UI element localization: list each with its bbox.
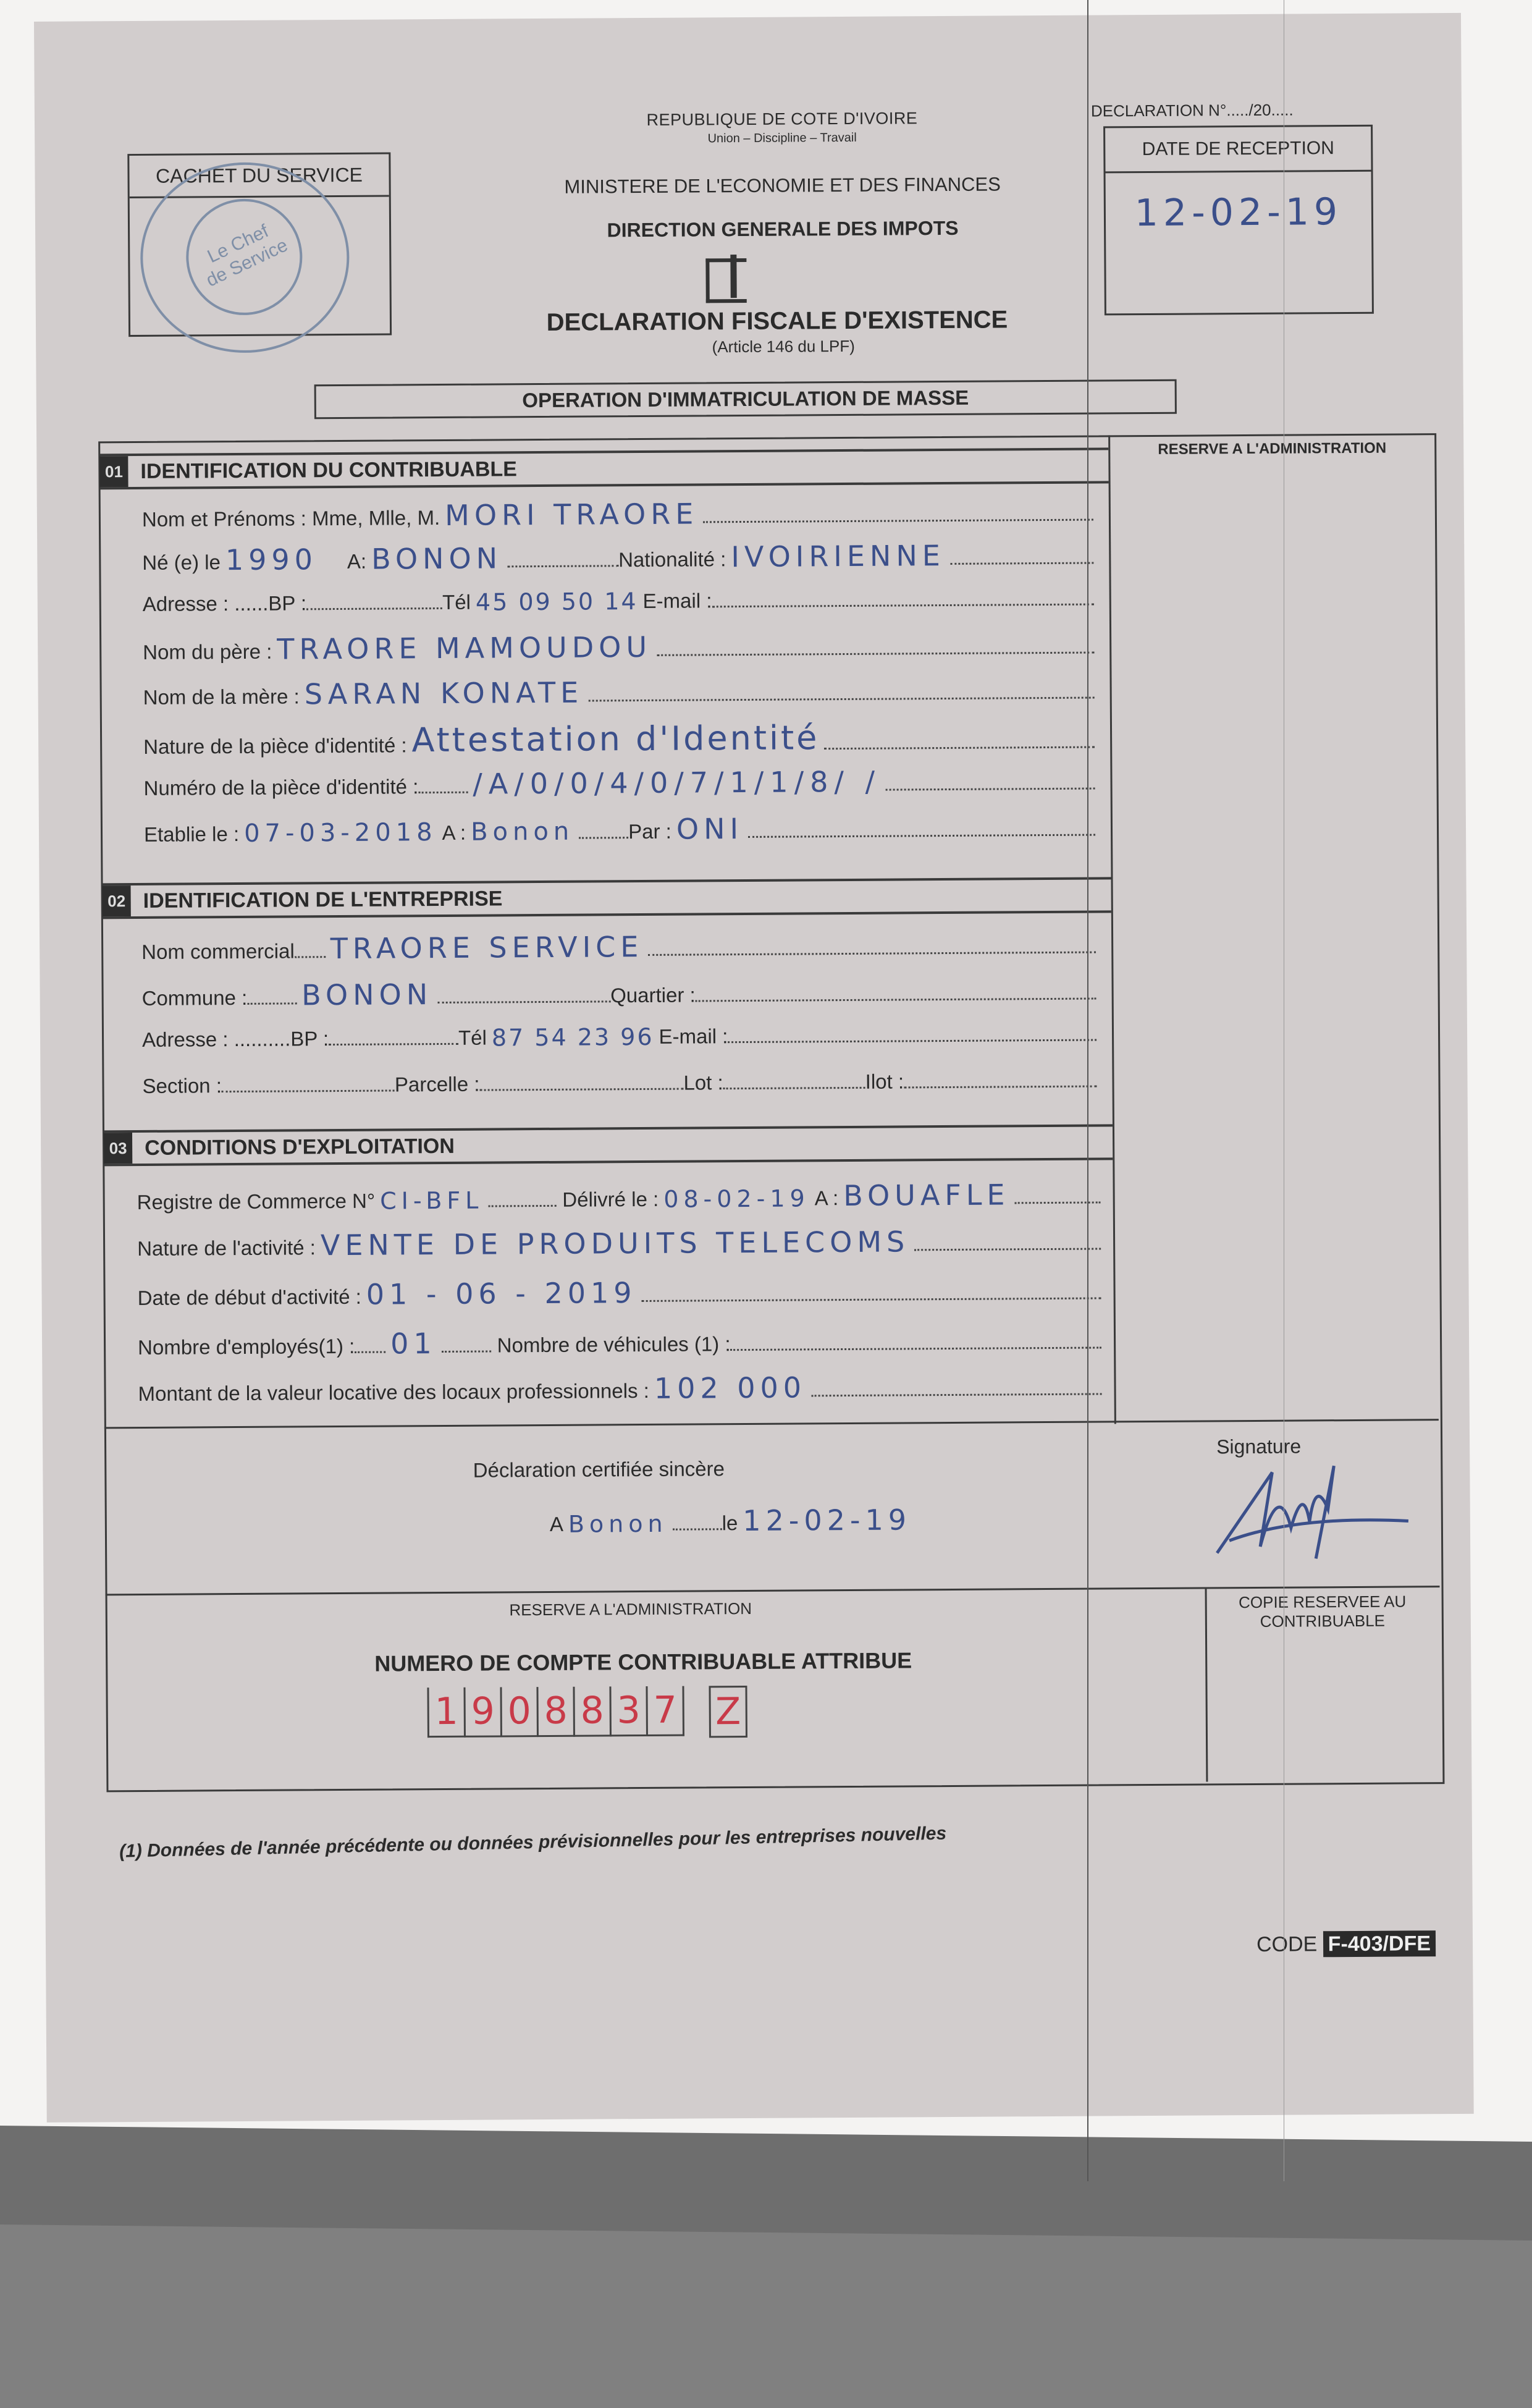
label-mere: Nom de la mère : (143, 685, 300, 709)
reception-date: 12-02-19 (1106, 190, 1371, 235)
label-commune: Commune : (142, 986, 248, 1010)
section-02-number: 02 (103, 885, 131, 916)
value-nom-commercial: TRAORE SERVICE (330, 932, 644, 963)
field-nom-prenoms[interactable]: Nom et Prénoms : Mme, Mlle, M. MORI TRAO… (142, 497, 1093, 531)
label-lieu: A: (347, 550, 366, 573)
field-employes-vehicules[interactable]: Nombre d'employés(1) : 01 Nombre de véhi… (138, 1325, 1101, 1359)
label-delivre: Délivré le : (562, 1188, 659, 1212)
value-pere: TRAORE MAMOUDOU (277, 633, 652, 664)
label-par: Par : (628, 820, 671, 843)
label-adresse: Adresse : ......BP : (143, 591, 307, 616)
label-quartier: Quartier : (610, 983, 696, 1007)
label-cert-le: le (722, 1511, 738, 1535)
section-03-header: 03 CONDITIONS D'EXPLOITATION (104, 1124, 1113, 1166)
label-etablie: Etablie le : (144, 822, 239, 847)
value-cert-a: Bonon (568, 1512, 668, 1536)
form-title: DECLARATION FISCALE D'EXISTENCE (468, 306, 1086, 337)
label-employes: Nombre d'employés(1) : (138, 1335, 355, 1359)
value-lieu: BONON (371, 544, 502, 573)
label-rc: Registre de Commerce N° (137, 1189, 376, 1214)
label-etablie-a: A : (442, 821, 466, 845)
account-digit: 8 (573, 1686, 609, 1736)
label-parcelle: Parcelle : (395, 1073, 480, 1097)
value-cert-le: 12-02-19 (743, 1505, 911, 1535)
label-activite: Nature de l'activité : (137, 1236, 316, 1261)
motto: Union – Discipline – Travail (591, 130, 974, 147)
label-tel: Tél (442, 591, 471, 614)
form-subtitle: (Article 146 du LPF) (592, 336, 975, 358)
tax-form-page: REPUBLIQUE DE COTE D'IVOIRE Union – Disc… (34, 13, 1474, 2123)
label-email: E-mail : (642, 589, 712, 613)
value-commune: BONON (301, 980, 432, 1009)
declaration-number: DECLARATION N°...../20..... (1091, 101, 1294, 121)
label-tel-entreprise: Tél (458, 1026, 487, 1050)
label-debut: Date de début d'activité : (138, 1285, 361, 1310)
reception-box: DATE DE RECEPTION 12-02-19 (1103, 125, 1374, 316)
value-delivre-a: BOUAFLE (843, 1180, 1010, 1210)
signature-icon (1204, 1453, 1427, 1578)
value-ne: 1990 (225, 545, 318, 574)
field-nom-commercial[interactable]: Nom commercial TRAORE SERVICE (141, 930, 1096, 964)
field-valeur-locative[interactable]: Montant de la valeur locative des locaux… (138, 1371, 1101, 1406)
label-ne: Né (e) le (142, 551, 221, 575)
field-pere[interactable]: Nom du père : TRAORE MAMOUDOU (143, 630, 1094, 664)
admin-reserved-side-label: RESERVE A L'ADMINISTRATION (1111, 439, 1433, 458)
value-employes: 01 (390, 1329, 437, 1358)
account-number: 1 9 0 8 8 3 7 Z (427, 1686, 747, 1739)
account-digit: 9 (463, 1687, 500, 1737)
value-mere: SARAN KONATE (305, 678, 584, 709)
value-nom: MORI TRAORE (445, 499, 698, 530)
account-digit: 7 (646, 1686, 684, 1736)
value-delivre: 08-02-19 (663, 1186, 810, 1210)
value-par: ONI (676, 814, 743, 843)
label-adresse-entreprise: Adresse : ..........BP : (142, 1027, 329, 1052)
field-activite[interactable]: Nature de l'activité : VENTE DE PRODUITS… (137, 1226, 1101, 1261)
section-01-header: 01 IDENTIFICATION DU CONTRIBUABLE (99, 447, 1108, 489)
account-digit: 0 (500, 1687, 536, 1737)
label-valeur: Montant de la valeur locative des locaux… (138, 1379, 649, 1406)
value-valeur: 102 000 (654, 1373, 807, 1403)
value-nationalite: IVOIRIENNE (731, 541, 945, 571)
direction-title: DIRECTION GENERALE DES IMPOTS (529, 216, 1036, 242)
dgi-logo-icon (705, 258, 746, 303)
republic-title: REPUBLIQUE DE COTE D'IVOIRE (591, 109, 974, 130)
service-stamp: Le Chef de Service (140, 162, 350, 353)
value-tel-entreprise: 87 54 23 96 (492, 1025, 654, 1050)
operation-banner: OPERATION D'IMMATRICULATION DE MASSE (314, 379, 1177, 420)
code-label: CODE (1256, 1932, 1317, 1956)
section-03-title: CONDITIONS D'EXPLOITATION (145, 1134, 455, 1160)
account-key: Z (709, 1686, 747, 1738)
value-piece-numero: /A/0/0/4/0/7/1/1/8/ / (473, 767, 881, 798)
field-certification-lieu-date[interactable]: A Bonon le 12-02-19 (550, 1504, 1106, 1536)
section-01-number: 01 (99, 456, 128, 487)
admin-reserved-label: RESERVE A L'ADMINISTRATION (445, 1599, 816, 1620)
certification-title: Déclaration certifiée sincère (351, 1456, 846, 1483)
label-cert-a: A (550, 1513, 563, 1536)
label-piece-numero: Numéro de la pièce d'identité : (143, 775, 418, 800)
section-02-title: IDENTIFICATION DE L'ENTREPRISE (143, 887, 503, 913)
footnote: (1) Données de l'année précédente ou don… (119, 1823, 947, 1862)
field-naissance[interactable]: Né (e) le 1990 A: BONON Nationalité : IV… (142, 541, 1093, 575)
fold-line (1087, 0, 1088, 2181)
label-lot: Lot : (683, 1071, 723, 1094)
label-ilot: Ilot : (865, 1070, 904, 1093)
copy-reserved-label: COPIE RESERVEE AU CONTRIBUABLE (1218, 1592, 1428, 1631)
account-digit: 3 (609, 1686, 646, 1736)
section-02-header: 02 IDENTIFICATION DE L'ENTREPRISE (103, 877, 1111, 919)
field-piece-nature[interactable]: Nature de la pièce d'identité : Attestat… (143, 720, 1095, 759)
label-email-entreprise: E-mail : (659, 1024, 728, 1049)
account-number-title: NUMERO DE COMPTE CONTRIBUABLE ATTRIBUE (303, 1647, 983, 1678)
field-commune[interactable]: Commune : BONON Quartier : (141, 976, 1096, 1010)
value-activite: VENTE DE PRODUITS TELECOMS (321, 1227, 910, 1259)
scanner-shadow (0, 2126, 1532, 2241)
fold-line-secondary (1284, 0, 1284, 2181)
label-piece-nature: Nature de la pièce d'identité : (143, 733, 407, 759)
label-vehicules: Nombre de véhicules (1) : (497, 1332, 731, 1357)
field-debut-activite[interactable]: Date de début d'activité : 01 - 06 - 201… (137, 1275, 1101, 1310)
section-01-title: IDENTIFICATION DU CONTRIBUABLE (140, 457, 517, 484)
field-mere[interactable]: Nom de la mère : SARAN KONATE (143, 675, 1095, 709)
ministry-title: MINISTERE DE L'ECONOMIE ET DES FINANCES (529, 173, 1036, 198)
label-delivre-a: A : (815, 1186, 839, 1210)
label-nom: Nom et Prénoms : Mme, Mlle, M. (142, 506, 440, 531)
account-digit: 1 (427, 1688, 463, 1738)
label-nom-commercial: Nom commercial (141, 939, 295, 964)
value-etablie-a: Bonon (471, 819, 574, 845)
section-03-number: 03 (104, 1133, 132, 1164)
reception-label: DATE DE RECEPTION (1105, 127, 1371, 174)
code-value: F-403/DFE (1323, 1930, 1436, 1957)
label-section: Section : (142, 1074, 222, 1098)
field-piece-numero[interactable]: Numéro de la pièce d'identité : /A/0/0/4… (143, 766, 1095, 800)
field-etablie[interactable]: Etablie le : 07-03-2018 A : Bonon Par : … (144, 813, 1095, 847)
account-digit: 8 (536, 1687, 573, 1737)
value-rc: CI-BFL (380, 1189, 483, 1213)
label-nationalite: Nationalité : (618, 547, 726, 572)
field-registre-commerce[interactable]: Registre de Commerce N° CI-BFL Délivré l… (137, 1180, 1101, 1214)
value-tel: 45 09 50 14 (476, 589, 638, 614)
value-debut: 01 - 06 - 2019 (366, 1278, 637, 1309)
value-piece-nature: Attestation d'Identité (411, 721, 819, 757)
label-pere: Nom du père : (143, 640, 272, 664)
value-etablie: 07-03-2018 (244, 820, 437, 846)
